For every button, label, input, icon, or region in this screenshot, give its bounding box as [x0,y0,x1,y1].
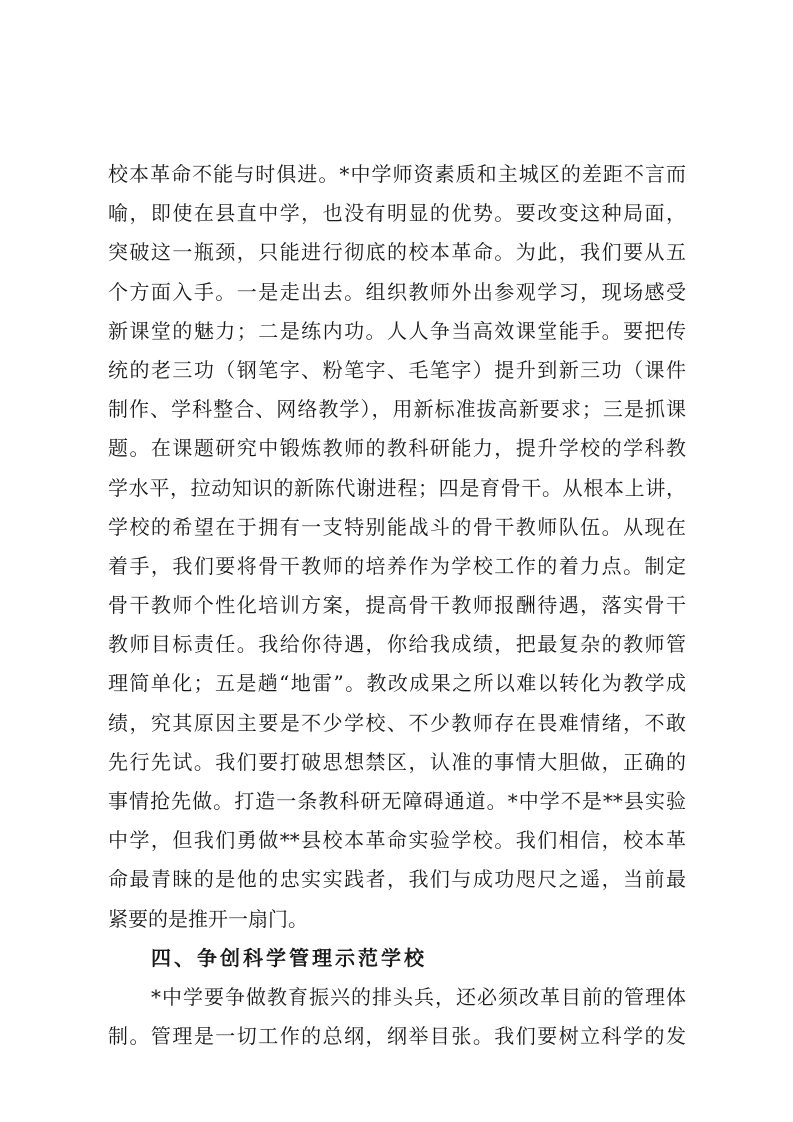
text-line: 题。在课题研究中锻炼教师的教科研能力，提升学校的学科教 [108,429,686,468]
text-line: 个方面入手。一是走出去。组织教师外出参观学习，现场感受 [108,273,686,312]
section-heading: 四、争创科学管理示范学校 [108,939,686,978]
text-line: 先行先试。我们要打破思想禁区，认准的事情大胆做，正确的 [108,743,686,782]
text-line: 着手，我们要将骨干教师的培养作为学校工作的着力点。制定 [108,547,686,586]
text-line: 学水平，拉动知识的新陈代谢进程；四是育骨干。从根本上讲， [108,469,686,508]
text-line: 校本革命不能与时俱进。*中学师资素质和主城区的差距不言而 [108,155,686,194]
text-line: 制作、学科整合、网络教学），用新标准拔高新要求；三是抓课 [108,390,686,429]
paragraph-management: *中学要争做教育振兴的排头兵，还必须改革目前的管理体 制。管理是一切工作的总纲，… [108,978,686,1056]
text-line: 紧要的是推开一扇门。 [108,900,686,939]
text-line: 绩，究其原因主要是不少学校、不少教师存在畏难情绪，不敢 [108,704,686,743]
text-line: 中学，但我们勇做**县校本革命实验学校。我们相信，校本革 [108,821,686,860]
text-line: 统的老三功（钢笔字、粉笔字、毛笔字）提升到新三功（课件 [108,351,686,390]
document-page: 校本革命不能与时俱进。*中学师资素质和主城区的差距不言而 喻，即使在县直中学，也… [108,155,686,1056]
text-line: 突破这一瓶颈，只能进行彻底的校本革命。为此，我们要从五 [108,233,686,272]
text-line: 喻，即使在县直中学，也没有明显的优势。要改变这种局面， [108,194,686,233]
text-line: 教师目标责任。我给你待遇，你给我成绩，把最复杂的教师管 [108,625,686,664]
paragraph-school-reform: 校本革命不能与时俱进。*中学师资素质和主城区的差距不言而 喻，即使在县直中学，也… [108,155,686,939]
text-line: 学校的希望在于拥有一支特别能战斗的骨干教师队伍。从现在 [108,508,686,547]
text-line: 制。管理是一切工作的总纲，纲举目张。我们要树立科学的发 [108,1017,686,1056]
text-line: 理简单化；五是趟“地雷”。教改成果之所以难以转化为教学成 [108,664,686,703]
text-line: 骨干教师个性化培训方案，提高骨干教师报酬待遇，落实骨干 [108,586,686,625]
text-line: 事情抢先做。打造一条教科研无障碍通道。*中学不是**县实验 [108,782,686,821]
text-line: 命最青睐的是他的忠实实践者，我们与成功咫尺之遥，当前最 [108,860,686,899]
text-line: *中学要争做教育振兴的排头兵，还必须改革目前的管理体 [108,978,686,1017]
text-line: 新课堂的魅力；二是练内功。人人争当高效课堂能手。要把传 [108,312,686,351]
